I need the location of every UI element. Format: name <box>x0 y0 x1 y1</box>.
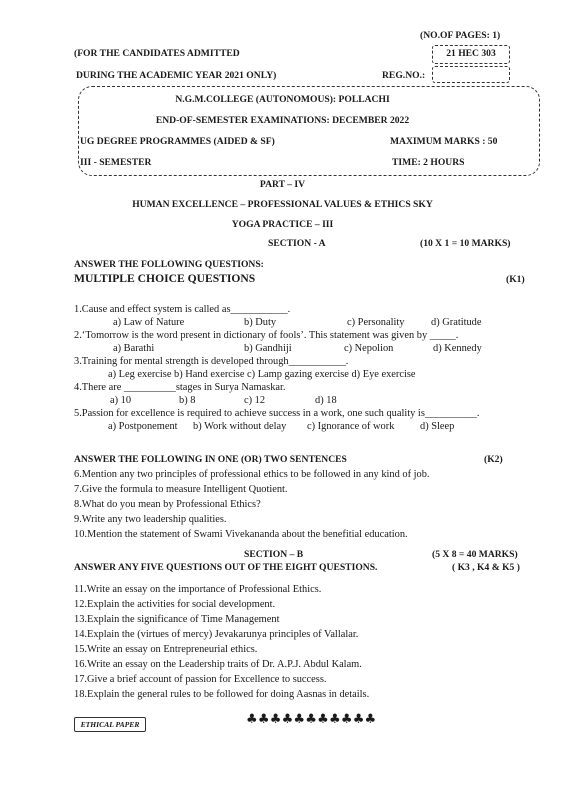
q5-option-c: c) Ignorance of work <box>307 421 394 432</box>
q5-option-d: d) Sleep <box>420 421 454 432</box>
short-answer-heading: ANSWER THE FOLLOWING IN ONE (OR) TWO SEN… <box>74 454 347 465</box>
section-b-level: ( K3 , K4 & K5 ) <box>452 562 520 573</box>
q1-option-b: b) Duty <box>244 317 276 328</box>
short-answer-question: 7.Give the formula to measure Intelligen… <box>74 484 288 495</box>
exam-title: END-OF-SEMESTER EXAMINATIONS: DECEMBER 2… <box>0 115 565 126</box>
essay-question: 11.Write an essay on the importance of P… <box>74 584 321 595</box>
q4-option-d: d) 18 <box>315 395 337 406</box>
exam-time: TIME: 2 HOURS <box>392 157 465 168</box>
part-heading: PART – IV <box>0 179 565 190</box>
semester: III - SEMESTER <box>80 157 151 168</box>
q5-option-b: b) Work without delay <box>193 421 286 432</box>
reg-no-field[interactable] <box>432 66 510 83</box>
short-answer-question: 8.What do you mean by Professional Ethic… <box>74 499 261 510</box>
club-ornament-icon: ♣♣♣♣♣♣♣♣♣♣♣ <box>246 712 376 727</box>
question-3: 3.Training for mental strength is develo… <box>74 356 348 367</box>
question-5: 5.Passion for excellence is required to … <box>74 408 479 419</box>
short-answer-question: 9.Write any two leadership qualities. <box>74 514 227 525</box>
course-code: 21 HEC 303 <box>432 48 510 59</box>
q2-option-c: c) Nepolion <box>344 343 393 354</box>
essay-question: 14.Explain the (virtues of mercy) Jevaka… <box>74 629 358 640</box>
question-2: 2.‘Tomorrow is the word present in dicti… <box>74 330 458 341</box>
mcq-level: (K1) <box>506 274 525 285</box>
q3-options: a) Leg exercise b) Hand exercise c) Lamp… <box>108 369 416 380</box>
short-answer-level: (K2) <box>484 454 503 465</box>
page-count: (NO.OF PAGES: 1) <box>420 30 500 41</box>
question-1: 1.Cause and effect system is called as__… <box>74 304 290 315</box>
programme: UG DEGREE PROGRAMMES (AIDED & SF) <box>80 136 275 147</box>
section-b-instruction: ANSWER ANY FIVE QUESTIONS OUT OF THE EIG… <box>74 562 377 573</box>
reg-no-label: REG.NO.: <box>382 70 425 81</box>
section-a-marks: (10 X 1 = 10 MARKS) <box>420 238 510 249</box>
admitted-line-2: DURING THE ACADEMIC YEAR 2021 ONLY) <box>76 70 276 81</box>
q4-option-a: a) 10 <box>110 395 131 406</box>
admitted-line-1: (FOR THE CANDIDATES ADMITTED <box>74 48 240 59</box>
q4-option-c: c) 12 <box>244 395 265 406</box>
section-a-instruction: ANSWER THE FOLLOWING QUESTIONS: <box>74 259 264 270</box>
maximum-marks: MAXIMUM MARKS : 50 <box>390 136 497 147</box>
mcq-heading: MULTIPLE CHOICE QUESTIONS <box>74 272 255 285</box>
short-answer-question: 6.Mention any two principles of professi… <box>74 469 430 480</box>
section-b-marks: (5 X 8 = 40 MARKS) <box>432 549 518 560</box>
essay-question: 13.Explain the significance of Time Mana… <box>74 614 279 625</box>
q1-option-d: d) Gratitude <box>431 317 482 328</box>
q1-option-a: a) Law of Nature <box>113 317 184 328</box>
section-a-heading: SECTION - A <box>268 238 326 249</box>
college-name: N.G.M.COLLEGE (AUTONOMOUS): POLLACHI <box>0 94 565 105</box>
q2-option-b: b) Gandhiji <box>244 343 292 354</box>
essay-question: 12.Explain the activities for social dev… <box>74 599 275 610</box>
essay-question: 18.Explain the general rules to be follo… <box>74 689 369 700</box>
q4-option-b: b) 8 <box>179 395 195 406</box>
question-4: 4.There are __________stages in Surya Na… <box>74 382 286 393</box>
essay-question: 17.Give a brief account of passion for E… <box>74 674 326 685</box>
essay-question: 15.Write an essay on Entrepreneurial eth… <box>74 644 257 655</box>
q1-option-c: c) Personality <box>347 317 404 328</box>
essay-question: 16.Write an essay on the Leadership trai… <box>74 659 362 670</box>
subject-title: HUMAN EXCELLENCE – PROFESSIONAL VALUES &… <box>0 199 565 210</box>
ethical-paper-tag: ETHICAL PAPER <box>74 717 146 732</box>
q2-option-d: d) Kennedy <box>433 343 482 354</box>
section-b-heading: SECTION – B <box>244 549 303 560</box>
q5-option-a: a) Postponement <box>108 421 178 432</box>
q2-option-a: a) Barathi <box>113 343 154 354</box>
short-answer-question: 10.Mention the statement of Swami Viveka… <box>74 529 408 540</box>
subject-subtitle: YOGA PRACTICE – III <box>0 219 565 230</box>
